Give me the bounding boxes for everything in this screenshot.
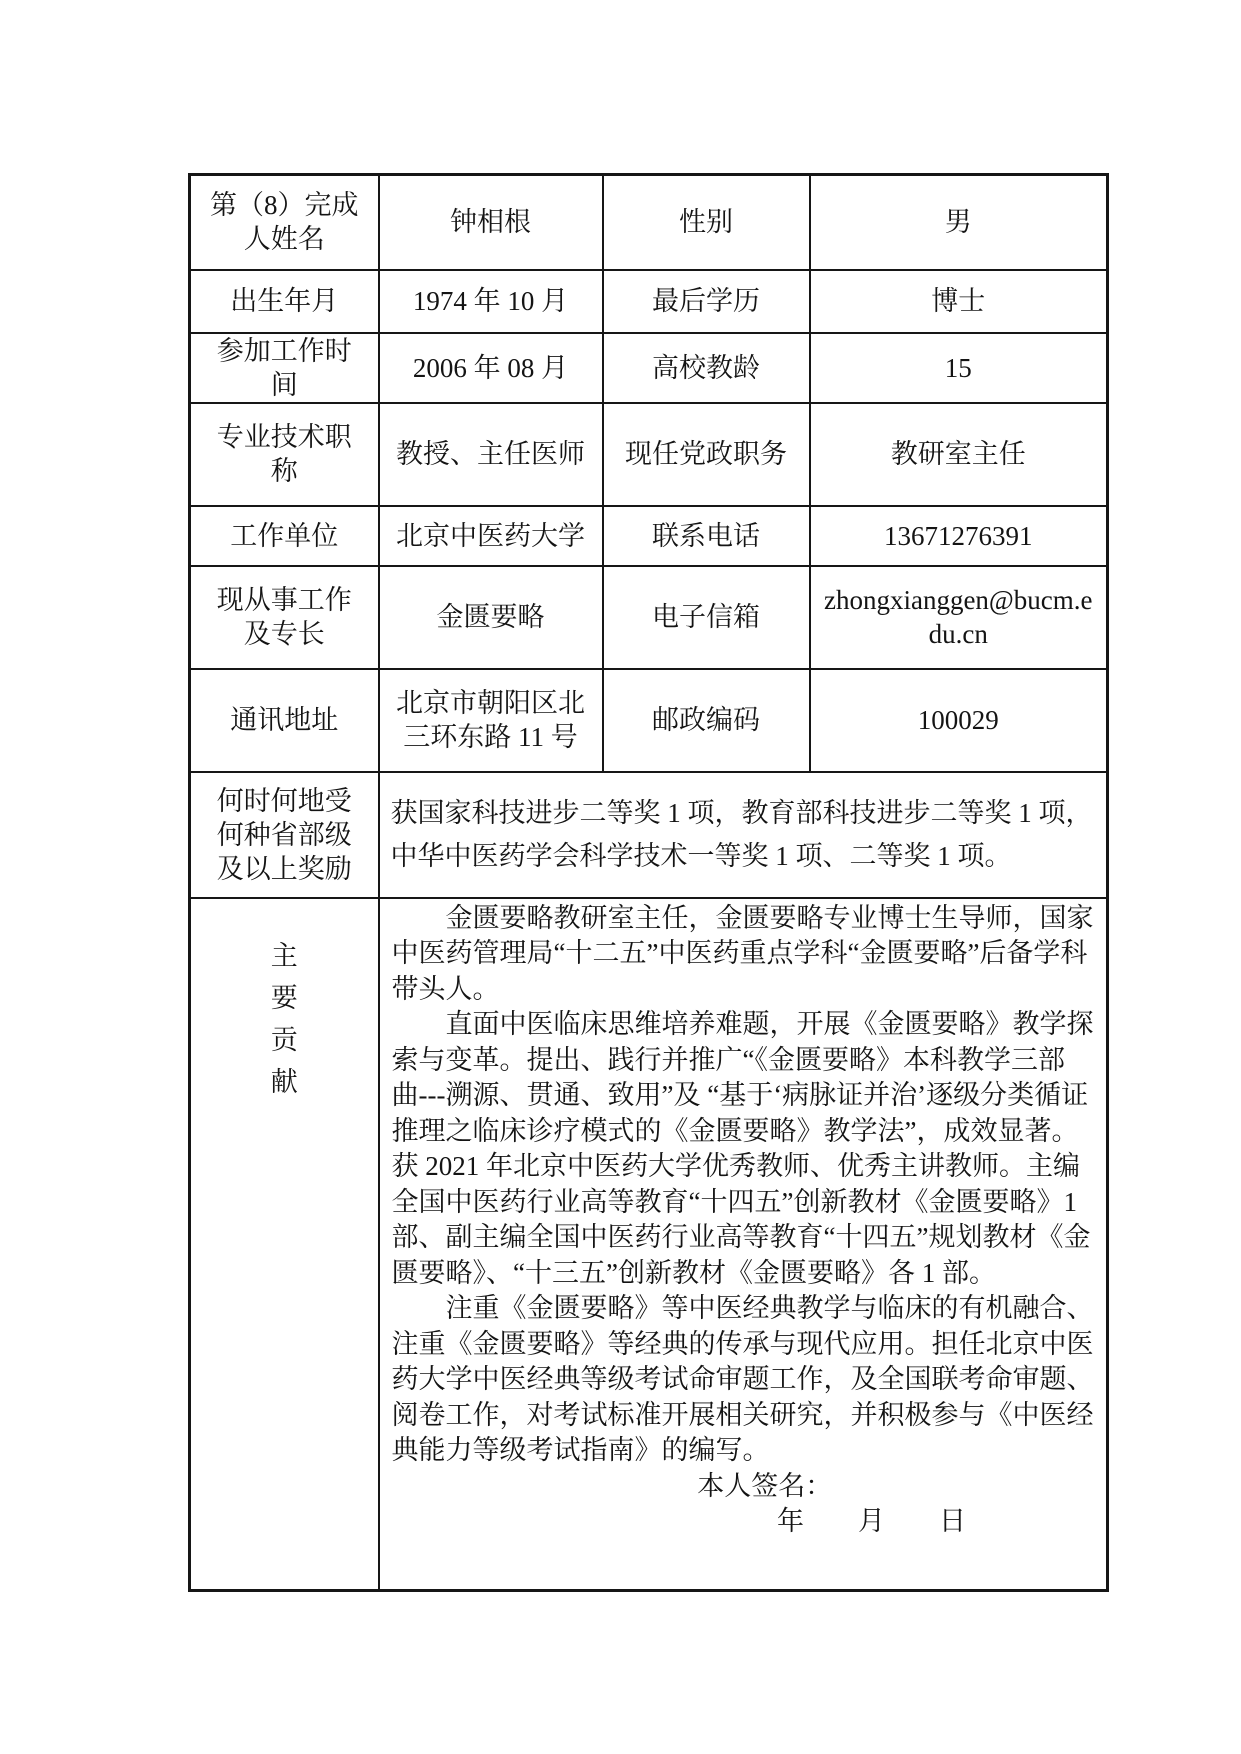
table-row-work-unit: 工作单位 北京中医药大学 联系电话 13671276391 <box>190 506 1108 566</box>
field-label-work-start-time: 参加工作时间 <box>190 333 379 403</box>
field-value-completer-name: 钟相根 <box>379 175 603 270</box>
signature-label: 本人签名： <box>392 1469 1095 1505</box>
field-value-contact-phone: 13671276391 <box>810 506 1108 566</box>
field-value-teaching-years: 15 <box>810 333 1108 403</box>
field-value-main-contribution: 金匮要略教研室主任，金匮要略专业博士生导师，国家中医药管理局“十二五”中医药重点… <box>379 898 1108 1591</box>
field-label-birth-date: 出生年月 <box>190 270 379 333</box>
field-label-main-contribution: 主要贡献 <box>190 898 379 1591</box>
field-value-work-start-time: 2006 年 08 月 <box>379 333 603 403</box>
table-row-main-contribution: 主要贡献 金匮要略教研室主任，金匮要略专业博士生导师，国家中医药管理局“十二五”… <box>190 898 1108 1591</box>
table-row-awards: 何时何地受何种省部级及以上奖励 获国家科技进步二等奖 1 项，教育部科技进步二等… <box>190 772 1108 898</box>
field-label-teaching-years: 高校教龄 <box>603 333 810 403</box>
table-row-mailing-address: 通讯地址 北京市朝阳区北三环东路 11 号 邮政编码 100029 <box>190 669 1108 772</box>
field-value-work-unit: 北京中医药大学 <box>379 506 603 566</box>
table-row-work-start-time: 参加工作时间 2006 年 08 月 高校教龄 15 <box>190 333 1108 403</box>
field-label-work-unit: 工作单位 <box>190 506 379 566</box>
table-row-birth-date: 出生年月 1974 年 10 月 最后学历 博士 <box>190 270 1108 333</box>
field-value-current-work-specialty: 金匮要略 <box>379 566 603 669</box>
field-label-provincial-awards: 何时何地受何种省部级及以上奖励 <box>190 772 379 898</box>
contribution-paragraph-1: 金匮要略教研室主任，金匮要略专业博士生导师，国家中医药管理局“十二五”中医药重点… <box>392 901 1095 1008</box>
field-value-party-admin-position: 教研室主任 <box>810 403 1108 506</box>
table-row-completer-name: 第（8）完成人姓名 钟相根 性别 男 <box>190 175 1108 270</box>
field-label-professional-title: 专业技术职称 <box>190 403 379 506</box>
table-row-current-work: 现从事工作及专长 金匮要略 电子信箱 zhongxianggen@bucm.ed… <box>190 566 1108 669</box>
contribution-paragraph-3: 注重《金匮要略》等中医经典教学与临床的有机融合、注重《金匮要略》等经典的传承与现… <box>392 1291 1095 1469</box>
table-row-professional-title: 专业技术职称 教授、主任医师 现任党政职务 教研室主任 <box>190 403 1108 506</box>
date-line: 年 月 日 <box>392 1504 1095 1540</box>
field-label-contact-phone: 联系电话 <box>603 506 810 566</box>
field-label-gender: 性别 <box>603 175 810 270</box>
field-label-completer-name: 第（8）完成人姓名 <box>190 175 379 270</box>
document-page: 第（8）完成人姓名 钟相根 性别 男 出生年月 1974 年 10 月 最后学历… <box>0 0 1241 1754</box>
field-value-final-degree: 博士 <box>810 270 1108 333</box>
field-label-party-admin-position: 现任党政职务 <box>603 403 810 506</box>
field-value-birth-date: 1974 年 10 月 <box>379 270 603 333</box>
field-label-mailing-address: 通讯地址 <box>190 669 379 772</box>
field-value-provincial-awards: 获国家科技进步二等奖 1 项，教育部科技进步二等奖 1 项，中华中医药学会科学技… <box>379 772 1108 898</box>
field-label-final-degree: 最后学历 <box>603 270 810 333</box>
personnel-info-table: 第（8）完成人姓名 钟相根 性别 男 出生年月 1974 年 10 月 最后学历… <box>188 173 1109 1592</box>
field-label-email: 电子信箱 <box>603 566 810 669</box>
field-value-professional-title: 教授、主任医师 <box>379 403 603 506</box>
field-value-email: zhongxianggen@bucm.edu.cn <box>810 566 1108 669</box>
field-label-current-work-specialty: 现从事工作及专长 <box>190 566 379 669</box>
contribution-paragraph-2: 直面中医临床思维培养难题，开展《金匮要略》教学探索与变革。提出、践行并推广“《金… <box>392 1007 1095 1291</box>
main-contribution-vertical-label: 主要贡献 <box>271 935 298 1103</box>
field-value-gender: 男 <box>810 175 1108 270</box>
field-value-postal-code: 100029 <box>810 669 1108 772</box>
field-value-mailing-address: 北京市朝阳区北三环东路 11 号 <box>379 669 603 772</box>
field-label-postal-code: 邮政编码 <box>603 669 810 772</box>
